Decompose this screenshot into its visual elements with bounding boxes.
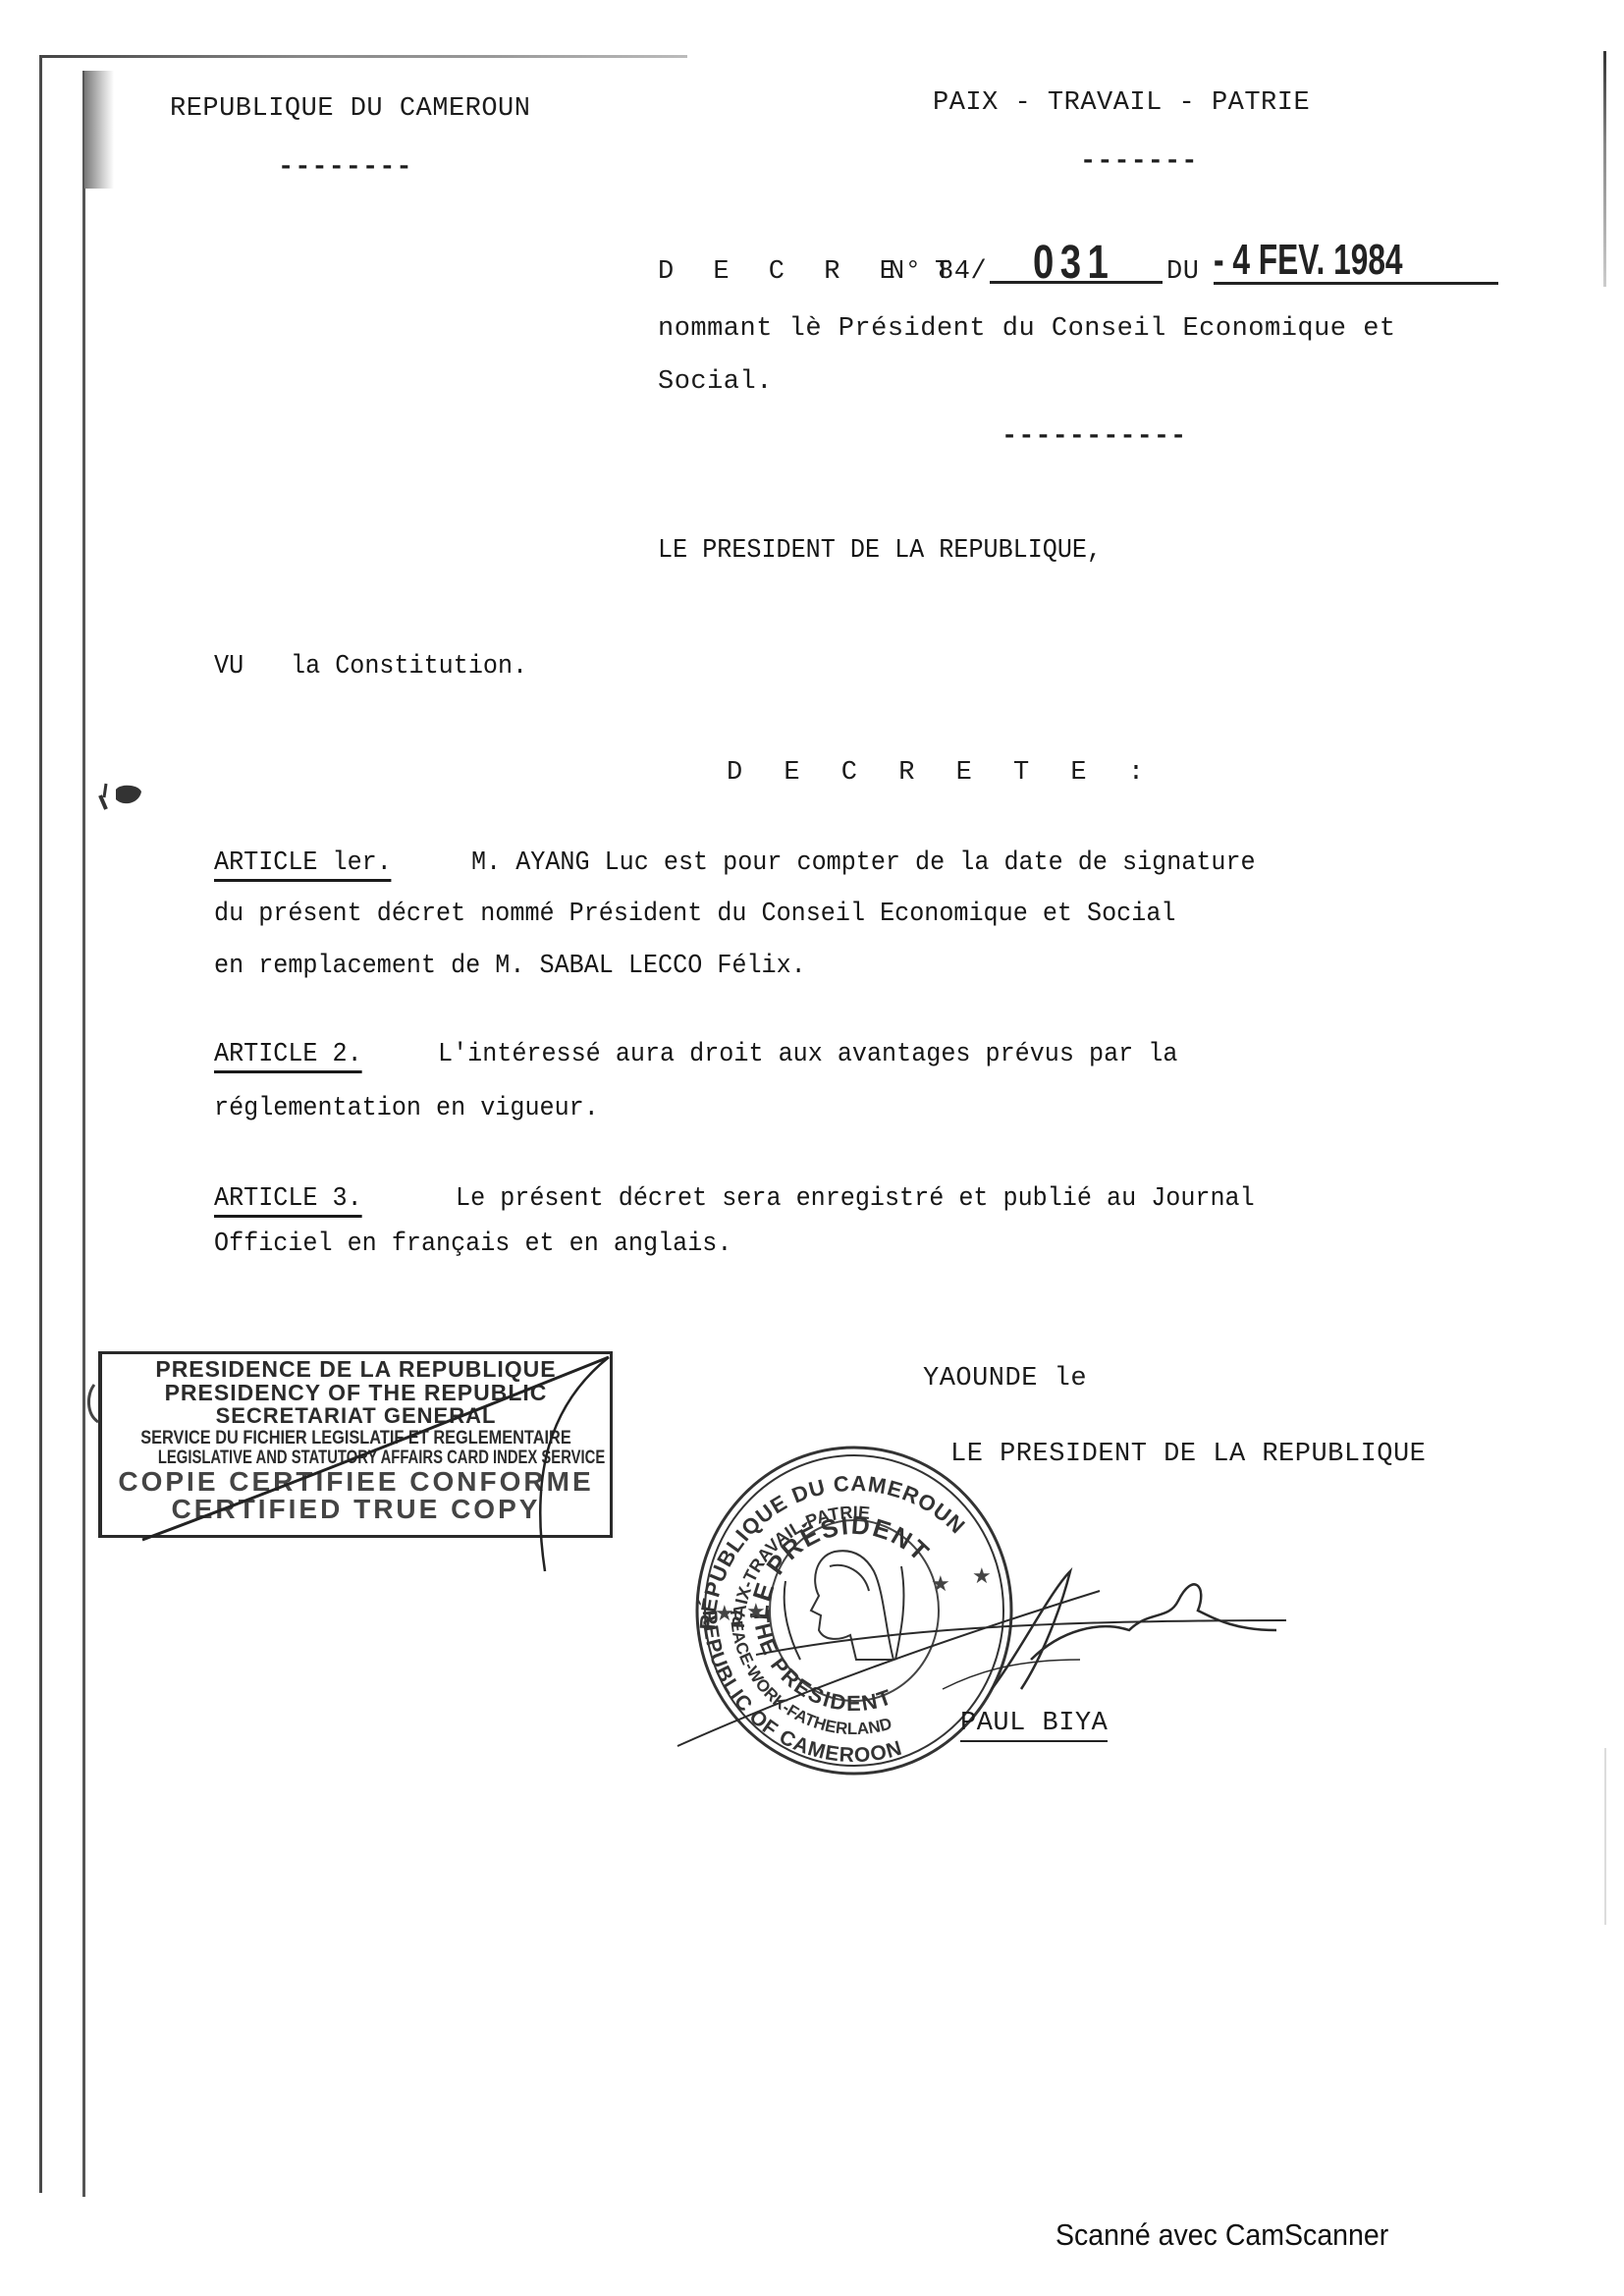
article-1-label: ARTICLE ler. [214, 848, 392, 882]
article-3-label: ARTICLE 3. [214, 1184, 362, 1218]
stamp-line-secretariat: SECRETARIAT GENERAL [102, 1405, 610, 1427]
svg-text:★: ★ [931, 1572, 950, 1597]
svg-text:PAIX-TRAVAIL-PATRIE: PAIX-TRAVAIL-PATRIE [729, 1503, 871, 1628]
svg-text:LE PRÉSIDENT: LE PRÉSIDENT [744, 1510, 937, 1621]
stamp-line-service-fr: SERVICE DU FICHIER LEGISLATIF ET REGLEME… [137, 1429, 574, 1448]
decree-subject-line-2: Social. [658, 367, 773, 397]
svg-text:★: ★ [746, 1600, 766, 1624]
decree-number-prefix: N° 84/ [889, 257, 987, 287]
scan-margin-line [82, 71, 85, 2197]
seal-portrait-icon [785, 1551, 904, 1660]
considering-text: la Constitution. [291, 652, 527, 682]
decree-date: - 4 FEV. 1984 [1214, 236, 1403, 285]
stamp-line-copie-conforme: COPIE CERTIFIEE CONFORME [102, 1468, 610, 1496]
country-separator: -------- [278, 153, 413, 183]
signature-place: YAOUNDE le [923, 1364, 1087, 1394]
scan-border-left [39, 57, 42, 2193]
seal-text-center-bottom: THE PRESIDENT [749, 1609, 896, 1716]
signatory-name: PAUL BIYA [960, 1709, 1108, 1742]
article-2-label: ARTICLE 2. [214, 1040, 362, 1073]
scan-border-right-lower [1604, 1748, 1606, 1925]
motto-separator: ------- [1080, 147, 1198, 177]
article-3-line-1: Le présent décret sera enregistré et pub… [456, 1184, 1255, 1214]
scan-border-top [39, 55, 687, 58]
decrees-heading: D E C R E T E : [727, 758, 1157, 788]
svg-text:PEACE-WORK-FATHERLAND: PEACE-WORK-FATHERLAND [727, 1610, 893, 1738]
scan-shadow [84, 71, 114, 189]
stamp-line-presidency: PRESIDENCY OF THE REPUBLIC [102, 1382, 610, 1404]
considering-label: VU [214, 652, 244, 682]
stamp-line-service-en: LEGISLATIVE AND STATUTORY AFFAIRS CARD I… [158, 1449, 554, 1467]
seal-text-outer-top: RÉPUBLIQUE DU CAMEROUN [695, 1471, 970, 1631]
stamp-line-certified-copy: CERTIFIED TRUE COPY [102, 1496, 610, 1523]
punch-hole-icon [96, 776, 143, 811]
article-1-line-3: en remplacement de M. SABAL LECCO Félix. [214, 952, 806, 981]
camscanner-watermark: Scanné avec CamScanner [1056, 2217, 1388, 2253]
seal-text-center-top: LE PRÉSIDENT [744, 1510, 937, 1621]
svg-text:★: ★ [715, 1602, 734, 1626]
article-3-line-2: Officiel en français et en anglais. [214, 1230, 731, 1259]
article-2-line-2: réglementation en vigueur. [214, 1094, 599, 1123]
article-2-line-1: L'intéressé aura droit aux avantages pré… [438, 1040, 1177, 1069]
article-1-line-2: du présent décret nommé Président du Con… [214, 900, 1175, 929]
svg-text:★: ★ [972, 1564, 992, 1589]
svg-text:THE PRESIDENT: THE PRESIDENT [749, 1609, 896, 1716]
article-1-line-1: M. AYANG Luc est pour compter de la date… [471, 848, 1256, 878]
svg-text:REPUBLIC OF CAMEROON: REPUBLIC OF CAMEROON [698, 1610, 905, 1767]
scan-border-right [1603, 51, 1606, 287]
svg-text:RÉPUBLIQUE DU CAMEROUN: RÉPUBLIQUE DU CAMEROUN [695, 1471, 970, 1631]
national-motto: PAIX - TRAVAIL - PATRIE [933, 88, 1310, 118]
issuer-heading: LE PRESIDENT DE LA REPUBLIQUE, [658, 536, 1102, 566]
subject-separator: ----------- [1001, 422, 1187, 452]
signature-title: LE PRESIDENT DE LA REPUBLIQUE [950, 1440, 1426, 1469]
decree-date-prefix: DU [1166, 257, 1199, 287]
handwritten-signature [0, 0, 1624, 2296]
decree-subject-line-1: nommant lè Président du Conseil Economiq… [658, 314, 1396, 344]
country-heading: REPUBLIQUE DU CAMEROUN [170, 94, 530, 124]
stamp-line-presidence: PRESIDENCE DE LA REPUBLIQUE [102, 1358, 610, 1381]
certified-copy-stamp: PRESIDENCE DE LA REPUBLIQUE PRESIDENCY O… [98, 1351, 613, 1538]
presidential-seal: RÉPUBLIQUE DU CAMEROUN PAIX-TRAVAIL-PATR… [0, 0, 1624, 2296]
stamp-initials-stroke [0, 0, 1624, 2296]
seal-text-outer-bottom: REPUBLIC OF CAMEROON [698, 1610, 905, 1767]
seal-text-inner-top: PAIX-TRAVAIL-PATRIE [729, 1503, 871, 1628]
seal-text-inner-bottom: PEACE-WORK-FATHERLAND [727, 1610, 893, 1738]
decree-number: 031 [1033, 236, 1114, 290]
